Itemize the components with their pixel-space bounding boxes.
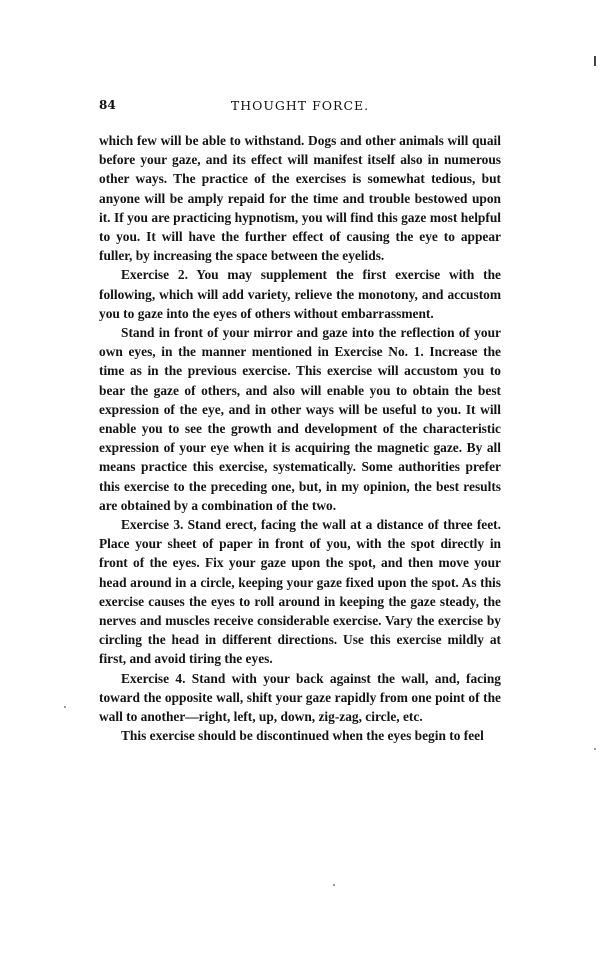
- scan-speck: [64, 706, 66, 708]
- paragraph-discontinue: This exercise should be discontinued whe…: [99, 726, 501, 745]
- paragraph-mirror: Stand in front of your mirror and gaze i…: [99, 323, 501, 515]
- book-page: 84 THOUGHT FORCE. which few will be able…: [0, 0, 600, 978]
- scan-speck: [333, 884, 335, 886]
- scan-speck: [594, 748, 596, 750]
- page-body: which few will be able to withstand. Dog…: [99, 131, 501, 746]
- scan-edge-mark: [594, 56, 596, 66]
- paragraph-continuation: which few will be able to withstand. Dog…: [99, 131, 501, 265]
- running-title: THOUGHT FORCE.: [99, 98, 501, 113]
- page-header: 84 THOUGHT FORCE.: [99, 98, 501, 114]
- paragraph-exercise-3: Exercise 3. Stand erect, facing the wall…: [99, 515, 501, 669]
- paragraph-exercise-4: Exercise 4. Stand with your back against…: [99, 669, 501, 727]
- paragraph-exercise-2: Exercise 2. You may supplement the first…: [99, 265, 501, 323]
